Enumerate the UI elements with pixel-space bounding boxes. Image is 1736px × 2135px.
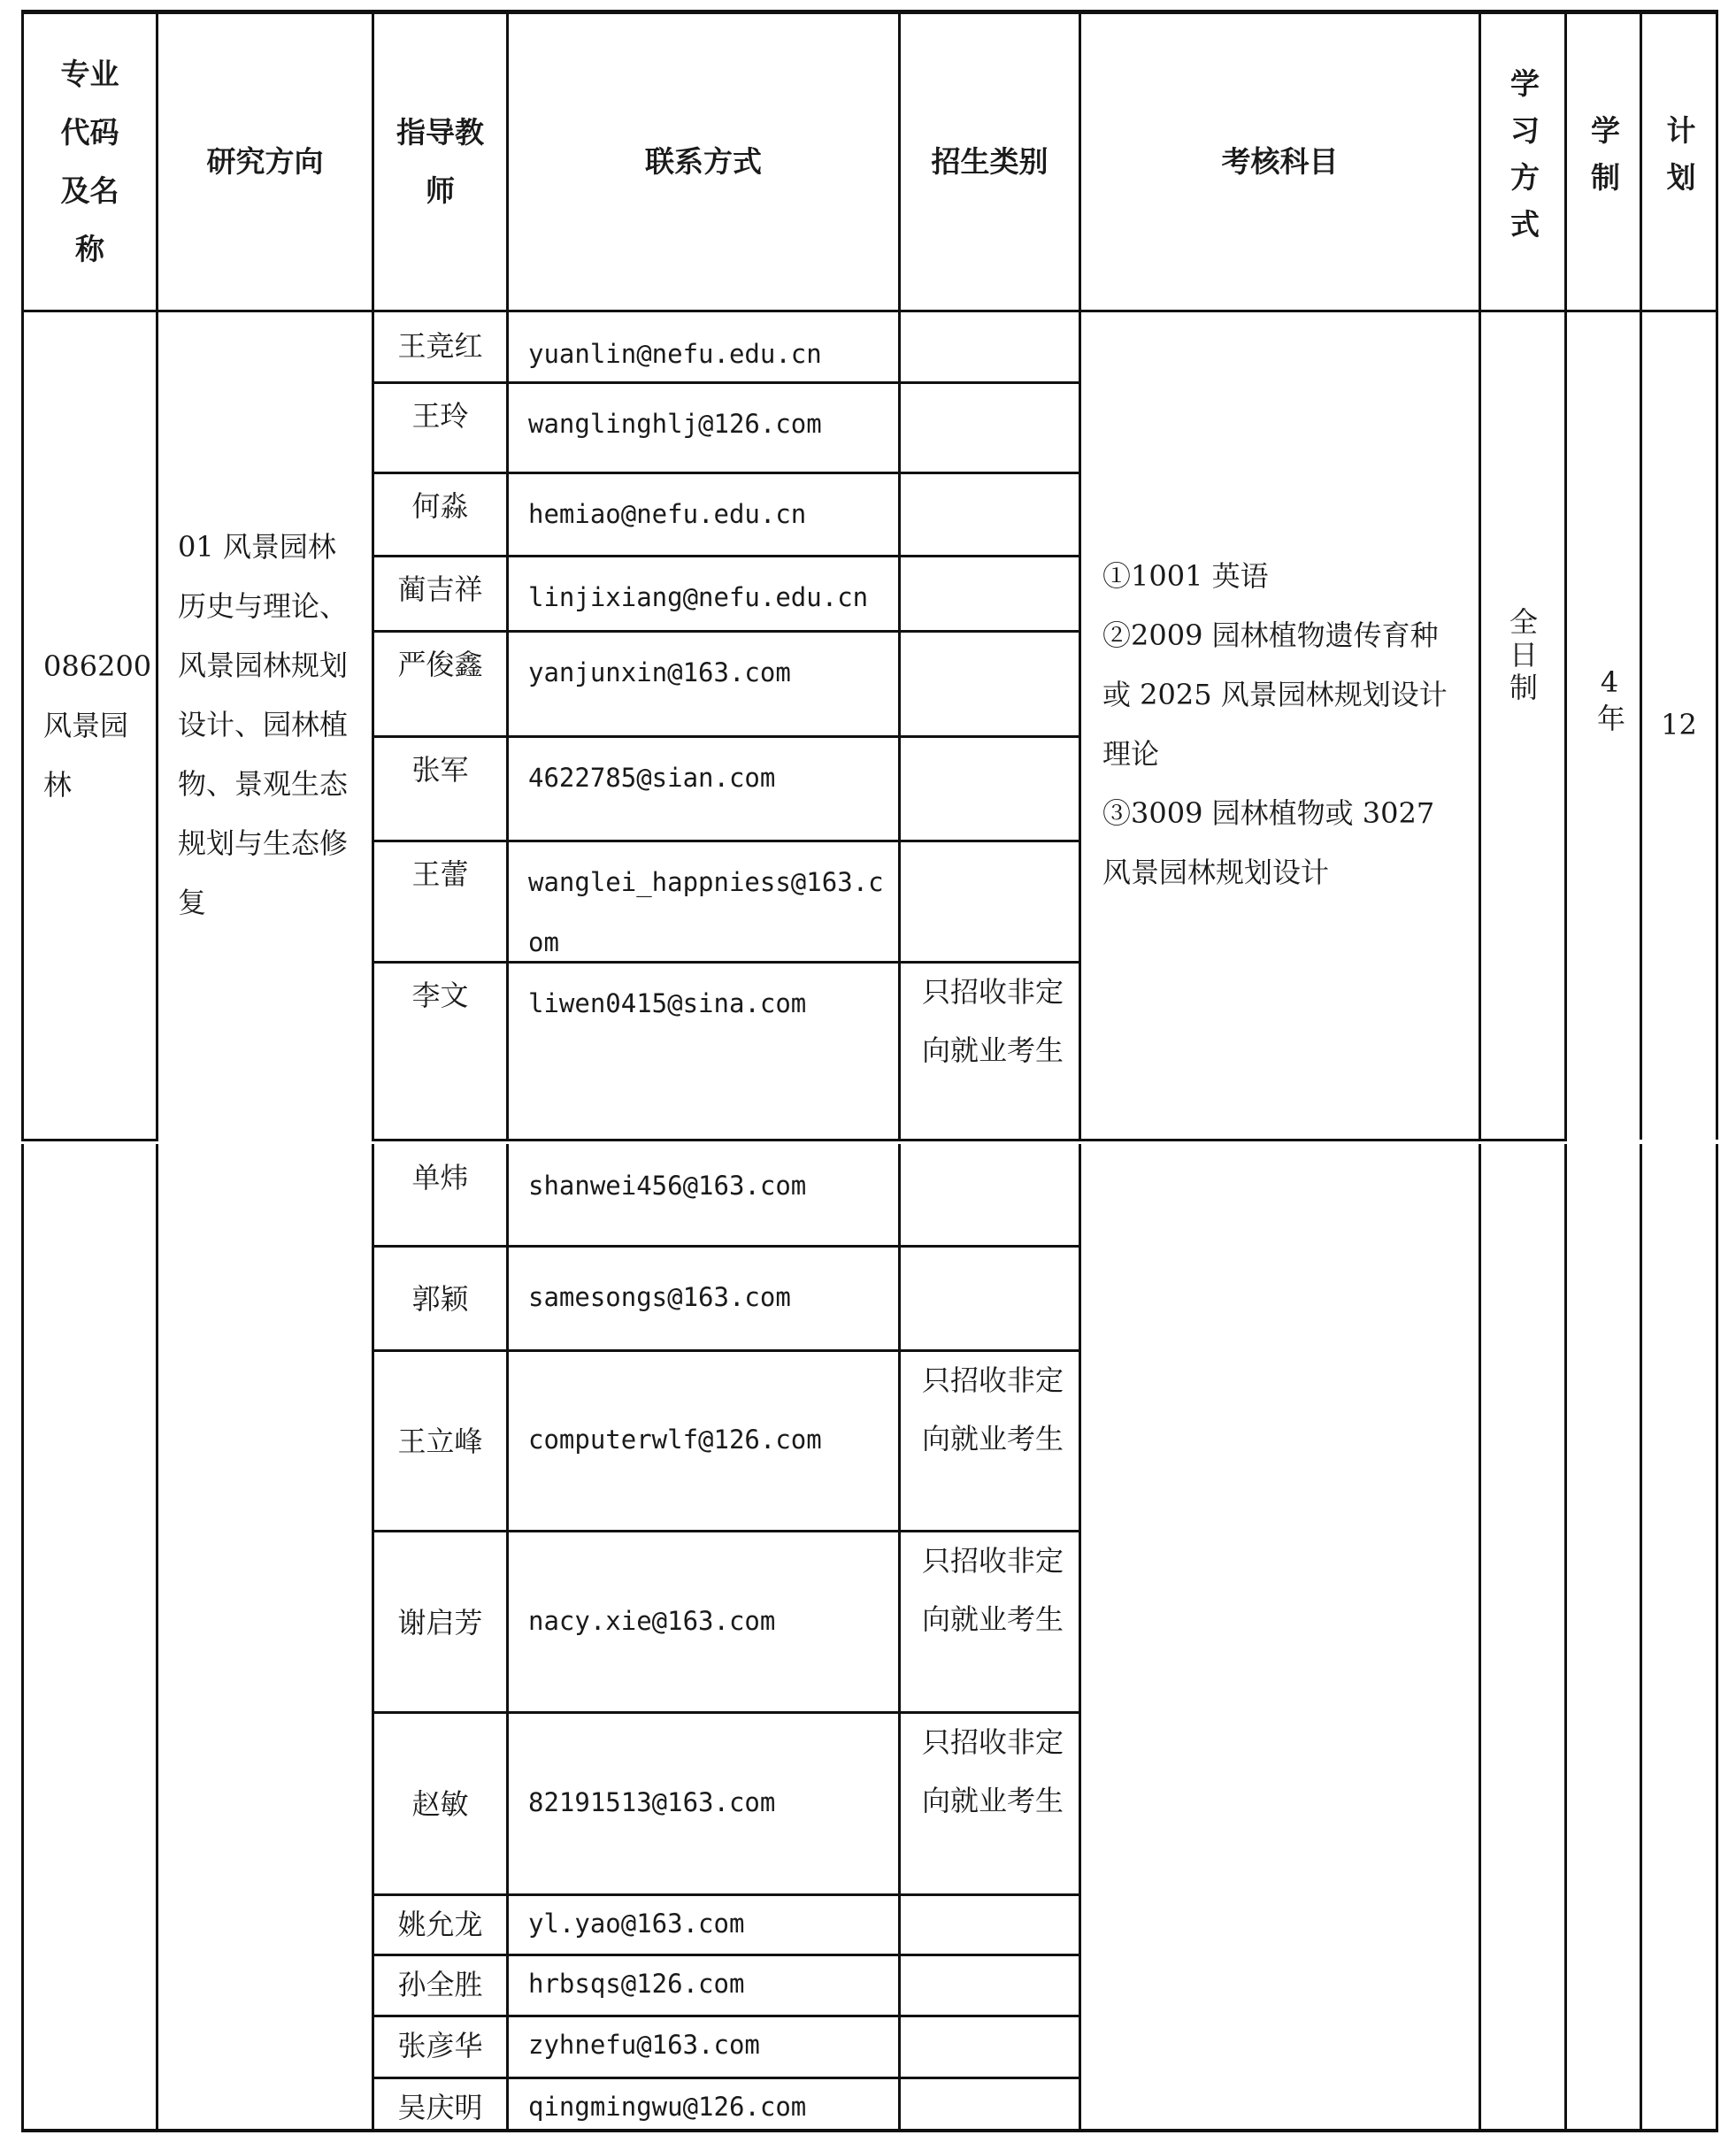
advisor-name: 谢启芳 — [374, 1530, 506, 1711]
advisor-name: 王竞红 — [374, 311, 506, 381]
advisor-name: 严俊鑫 — [374, 630, 506, 735]
grid-line — [372, 381, 1081, 384]
advisor-email[interactable]: nacy.xie@163.com — [509, 1530, 898, 1711]
advisor-name: 吴庆明 — [374, 2077, 506, 2131]
header-exam-label: 考核科目 — [1222, 133, 1339, 191]
grid-line — [372, 2015, 1081, 2017]
grid-line — [372, 735, 1081, 738]
advisor-category — [901, 1245, 1079, 1349]
grid-line — [21, 1139, 158, 1141]
major-name: 风景园林 — [43, 696, 151, 815]
duration-value: 4年 — [1592, 665, 1627, 736]
header-plan-label: 计划 — [1650, 115, 1709, 209]
advisor-category — [901, 381, 1079, 472]
advisor-name: 蔺吉祥 — [374, 555, 506, 630]
header-major-label: 专业代码及名称 — [49, 45, 131, 279]
grid-line — [1079, 1144, 1081, 2131]
advisor-email[interactable]: zyhnefu@163.com — [509, 2015, 898, 2077]
header-exam: 考核科目 — [1081, 12, 1479, 311]
advisor-category: 只招收非定向就业考生 — [901, 1349, 1079, 1530]
advisor-email[interactable]: 82191513@163.com — [509, 1711, 898, 1893]
advisor-category — [901, 1143, 1079, 1245]
advisor-email[interactable]: hrbsqs@126.com — [509, 1954, 898, 2015]
grid-line — [156, 10, 158, 1140]
grid-line — [372, 1144, 374, 2131]
grid-line — [372, 10, 374, 1140]
grid-line — [372, 961, 1081, 964]
advisor-category — [901, 1893, 1079, 1954]
grid-line — [372, 2077, 1081, 2079]
advisor-category: 只招收非定向就业考生 — [901, 961, 1079, 1140]
advisor-name: 张军 — [374, 735, 506, 840]
advisor-name: 王玲 — [374, 381, 506, 472]
advisor-category — [901, 2077, 1079, 2131]
grid-line — [372, 1711, 1081, 1714]
exam-subject-1: ①1001 英语 — [1102, 547, 1466, 606]
advisor-email[interactable]: 4622785@sian.com — [509, 735, 898, 840]
advisor-category — [901, 555, 1079, 630]
advisor-name: 孙全胜 — [374, 1954, 506, 2015]
plan-cell: 12 — [1642, 695, 1716, 755]
header-contact: 联系方式 — [509, 12, 898, 311]
grid-line — [1079, 10, 1081, 1140]
advisor-name: 郭颖 — [374, 1245, 506, 1349]
advisor-category — [901, 2015, 1079, 2077]
grid-line — [1716, 1144, 1718, 2131]
header-direction: 研究方向 — [158, 12, 372, 311]
header-advisor-label: 指导教师 — [394, 104, 487, 220]
grid-line — [1564, 1144, 1567, 2131]
advisor-category — [901, 311, 1079, 381]
advisor-name: 李文 — [374, 961, 506, 1140]
grid-line — [372, 1139, 1567, 1141]
advisor-category — [901, 630, 1079, 735]
advisor-email[interactable]: yl.yao@163.com — [509, 1893, 898, 1954]
advisor-email[interactable]: yanjunxin@163.com — [509, 630, 898, 735]
duration-cell: 4年 — [1567, 665, 1640, 756]
header-category: 招生类别 — [901, 12, 1079, 311]
grid-line — [372, 1349, 1081, 1352]
grid-line — [1564, 10, 1567, 1140]
direction-text: 01 风景园林历史与理论、风景园林规划设计、园林植物、景观生态规划与生态修复 — [178, 530, 348, 919]
advisor-category — [901, 840, 1079, 961]
advisor-email[interactable]: yuanlin@nefu.edu.cn — [509, 311, 898, 381]
grid-line — [156, 1144, 158, 2131]
plan-value: 12 — [1661, 695, 1697, 755]
header-duration-label: 学制 — [1574, 115, 1632, 209]
grid-line — [21, 10, 1718, 14]
grid-line — [372, 1530, 1081, 1532]
grid-line — [372, 472, 1081, 474]
header-category-label: 招生类别 — [932, 133, 1049, 191]
grid-line — [1479, 10, 1481, 1140]
advisor-email[interactable]: computerwlf@126.com — [509, 1349, 898, 1530]
advisor-email[interactable]: shanwei456@163.com — [509, 1143, 898, 1245]
grid-line — [372, 1245, 1081, 1248]
advisor-name: 姚允龙 — [374, 1893, 506, 1954]
grid-line — [21, 10, 24, 1140]
grid-line — [21, 2129, 1718, 2132]
major-code: 086200 — [43, 637, 151, 696]
header-plan: 计划 — [1642, 12, 1716, 311]
grid-line — [1479, 1144, 1481, 2131]
grid-line — [898, 10, 901, 1140]
grid-line — [1640, 1144, 1642, 2131]
advisor-name: 王蕾 — [374, 840, 506, 961]
advisor-name: 何淼 — [374, 472, 506, 555]
grid-line — [372, 1954, 1081, 1956]
header-advisor: 指导教师 — [374, 12, 506, 311]
advisor-category — [901, 735, 1079, 840]
advisor-name: 赵敏 — [374, 1711, 506, 1893]
header-major: 专业代码及名称 — [24, 12, 156, 311]
study-mode-value: 全日制 — [1504, 607, 1540, 705]
grid-line — [21, 1144, 24, 2131]
direction-cell: 01 风景园林历史与理论、风景园林规划设计、园林植物、景观生态规划与生态修复 — [158, 518, 372, 933]
advisor-name: 单炜 — [374, 1143, 506, 1245]
advisor-category — [901, 472, 1079, 555]
grid-line — [21, 310, 1718, 312]
grid-line — [1640, 10, 1642, 1140]
study-mode-cell: 全日制 — [1481, 607, 1564, 726]
header-duration: 学制 — [1567, 12, 1640, 311]
exam-cell: ①1001 英语 ②2009 园林植物遗传育种或 2025 风景园林规划设计理论… — [1081, 547, 1479, 902]
header-study-mode: 学习方式 — [1481, 12, 1564, 311]
grid-line — [506, 10, 509, 1140]
grid-line — [372, 1893, 1081, 1896]
advisor-name: 王立峰 — [374, 1349, 506, 1530]
advisor-email[interactable]: hemiao@nefu.edu.cn — [509, 472, 898, 555]
advisor-email[interactable]: wanglei_happniess@163.com — [509, 840, 898, 961]
advisor-category: 只招收非定向就业考生 — [901, 1711, 1079, 1893]
advisor-email[interactable]: samesongs@163.com — [509, 1245, 898, 1349]
advisor-category: 只招收非定向就业考生 — [901, 1530, 1079, 1711]
grid-line — [372, 630, 1081, 633]
major-cell: 086200 风景园林 — [24, 311, 156, 1140]
header-direction-label: 研究方向 — [207, 133, 324, 191]
grid-line — [506, 1144, 509, 2131]
grid-line — [898, 1144, 901, 2131]
grid-line — [1716, 10, 1718, 1140]
grid-line — [372, 555, 1081, 557]
exam-subject-3: ③3009 园林植物或 3027 风景园林规划设计 — [1102, 784, 1466, 902]
advisor-email[interactable]: linjixiang@nefu.edu.cn — [509, 555, 898, 630]
grid-line — [372, 840, 1081, 842]
header-study-mode-label: 学习方式 — [1494, 68, 1552, 256]
advisor-email[interactable]: qingmingwu@126.com — [509, 2077, 898, 2131]
advisor-name: 张彦华 — [374, 2015, 506, 2077]
advisor-email[interactable]: liwen0415@sina.com — [509, 961, 898, 1140]
advisor-email[interactable]: wanglinghlj@126.com — [509, 381, 898, 472]
advisor-category — [901, 1954, 1079, 2015]
exam-subject-2: ②2009 园林植物遗传育种或 2025 风景园林规划设计理论 — [1102, 606, 1466, 784]
header-contact-label: 联系方式 — [645, 133, 762, 191]
